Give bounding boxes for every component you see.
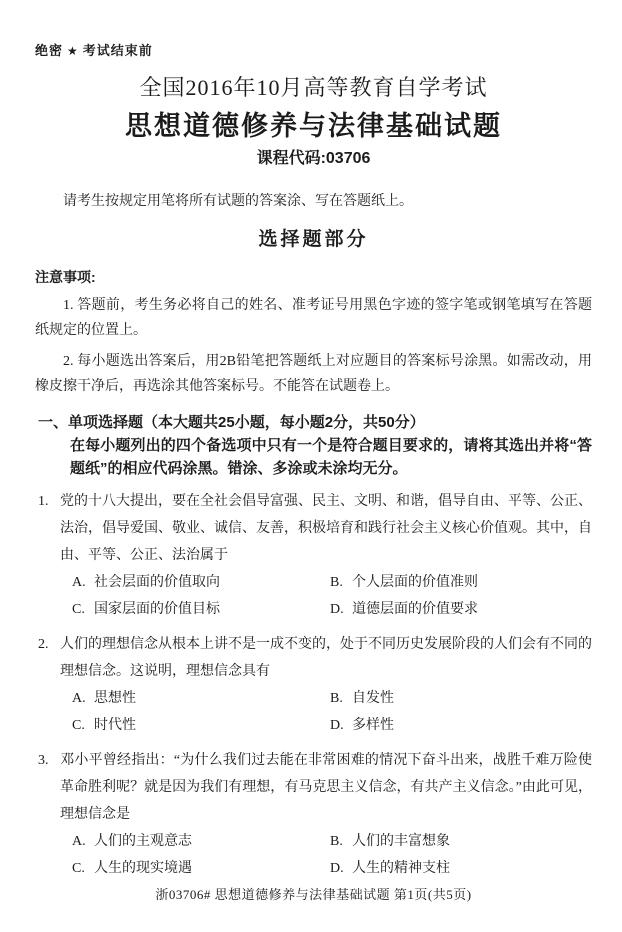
question-1-stem: 1.党的十八大提出，要在全社会倡导富强、民主、文明、和谐，倡导自由、平等、公正、…	[60, 488, 592, 569]
option-label: A.	[72, 685, 94, 712]
option-text: 时代性	[94, 718, 136, 733]
question-2-option-a: A.思想性	[72, 685, 330, 712]
question-3-option-b: B.人们的丰富想象	[330, 828, 592, 855]
question-3-stem: 3.邓小平曾经指出：“为什么我们过去能在非常困难的情况下奋斗出来，战胜千难万险使…	[60, 747, 592, 828]
question-2-stem: 2.人们的理想信念从根本上讲不是一成不变的，处于不同历史发展阶段的人们会有不同的…	[60, 631, 592, 685]
option-label: B.	[330, 685, 352, 712]
question-2-text: 人们的理想信念从根本上讲不是一成不变的，处于不同历史发展阶段的人们会有不同的理想…	[60, 637, 592, 679]
option-label: A.	[72, 828, 94, 855]
question-1: 1.党的十八大提出，要在全社会倡导富强、民主、文明、和谐，倡导自由、平等、公正、…	[38, 488, 592, 623]
course-code: 课程代码:03706	[35, 145, 592, 168]
option-text: 道德层面的价值要求	[352, 602, 478, 617]
part-one-heading-text: 单项选择题（本大题共25小题，每小题2分，共50分）	[68, 414, 425, 431]
choice-section-title: 选择题部分	[35, 224, 592, 251]
footer-page-info: 浙03706# 思想道德修养与法律基础试题 第1页(共5页)	[35, 884, 592, 903]
part-one-numbering: 一、	[38, 414, 68, 431]
question-1-option-d: D.道德层面的价值要求	[330, 596, 592, 623]
exam-paper-page: 绝密★考试结束前 全国2016年10月高等教育自学考试 思想道德修养与法律基础试…	[0, 0, 622, 932]
star-icon: ★	[63, 44, 83, 58]
answer-instruction: 请考生按规定用笔将所有试题的答案涂、写在答题纸上。	[35, 190, 592, 210]
option-label: A.	[72, 569, 94, 596]
option-label: D.	[330, 855, 352, 882]
question-3-number: 3.	[38, 747, 60, 774]
part-one-title: 一、单项选择题（本大题共25小题，每小题2分，共50分）	[38, 411, 592, 434]
option-text: 人们的主观意志	[94, 834, 192, 849]
option-label: C.	[72, 712, 94, 739]
question-1-option-a: A.社会层面的价值取向	[72, 569, 330, 596]
question-2: 2.人们的理想信念从根本上讲不是一成不变的，处于不同历史发展阶段的人们会有不同的…	[38, 631, 592, 739]
notes-block: 注意事项: 1. 答题前，考生务必将自己的姓名、准考证号用黑色字迹的签字笔或钢笔…	[35, 267, 592, 399]
question-3-option-a: A.人们的主观意志	[72, 828, 330, 855]
option-text: 自发性	[352, 691, 394, 706]
question-3-text: 邓小平曾经指出：“为什么我们过去能在非常困难的情况下奋斗出来，战胜千难万险使革命…	[60, 753, 592, 822]
option-text: 个人层面的价值准则	[352, 575, 478, 590]
question-2-options: A.思想性 B.自发性 C.时代性 D.多样性	[60, 685, 592, 739]
option-label: B.	[330, 569, 352, 596]
question-3-option-c: C.人生的现实境遇	[72, 855, 330, 882]
question-2-option-d: D.多样性	[330, 712, 592, 739]
option-label: D.	[330, 596, 352, 623]
option-text: 人们的丰富想象	[352, 834, 450, 849]
secrecy-note-label: 考试结束前	[83, 43, 153, 58]
question-1-option-b: B.个人层面的价值准则	[330, 569, 592, 596]
question-3: 3.邓小平曾经指出：“为什么我们过去能在非常困难的情况下奋斗出来，战胜千难万险使…	[38, 747, 592, 882]
notes-title: 注意事项:	[35, 267, 592, 287]
question-1-text: 党的十八大提出，要在全社会倡导富强、民主、文明、和谐，倡导自由、平等、公正、法治…	[60, 494, 592, 563]
option-label: C.	[72, 596, 94, 623]
question-2-option-b: B.自发性	[330, 685, 592, 712]
question-1-options: A.社会层面的价值取向 B.个人层面的价值准则 C.国家层面的价值目标 D.道德…	[60, 569, 592, 623]
option-text: 人生的精神支柱	[352, 861, 450, 876]
secrecy-banner: 绝密★考试结束前	[35, 40, 592, 59]
question-1-option-c: C.国家层面的价值目标	[72, 596, 330, 623]
secrecy-level-label: 绝密	[35, 43, 63, 58]
option-label: D.	[330, 712, 352, 739]
question-1-number: 1.	[38, 488, 60, 515]
question-3-option-d: D.人生的精神支柱	[330, 855, 592, 882]
note-item-2: 2. 每小题选出答案后，用2B铅笔把答题纸上对应题目的答案标号涂黑。如需改动，用…	[35, 349, 592, 399]
part-one-instruction: 在每小题列出的四个备选项中只有一个是符合题目要求的，请将其选出并将“答题纸”的相…	[38, 434, 592, 480]
part-one-heading: 一、单项选择题（本大题共25小题，每小题2分，共50分） 在每小题列出的四个备选…	[38, 411, 592, 480]
option-text: 社会层面的价值取向	[94, 575, 220, 590]
option-text: 人生的现实境遇	[94, 861, 192, 876]
exam-session-title: 全国2016年10月高等教育自学考试	[35, 71, 592, 102]
question-3-options: A.人们的主观意志 B.人们的丰富想象 C.人生的现实境遇 D.人生的精神支柱	[60, 828, 592, 882]
option-text: 国家层面的价值目标	[94, 602, 220, 617]
option-label: C.	[72, 855, 94, 882]
subject-title: 思想道德修养与法律基础试题	[35, 104, 592, 143]
option-text: 思想性	[94, 691, 136, 706]
note-item-1: 1. 答题前，考生务必将自己的姓名、准考证号用黑色字迹的签字笔或钢笔填写在答题纸…	[35, 293, 592, 343]
option-label: B.	[330, 828, 352, 855]
option-text: 多样性	[352, 718, 394, 733]
question-2-number: 2.	[38, 631, 60, 658]
question-2-option-c: C.时代性	[72, 712, 330, 739]
